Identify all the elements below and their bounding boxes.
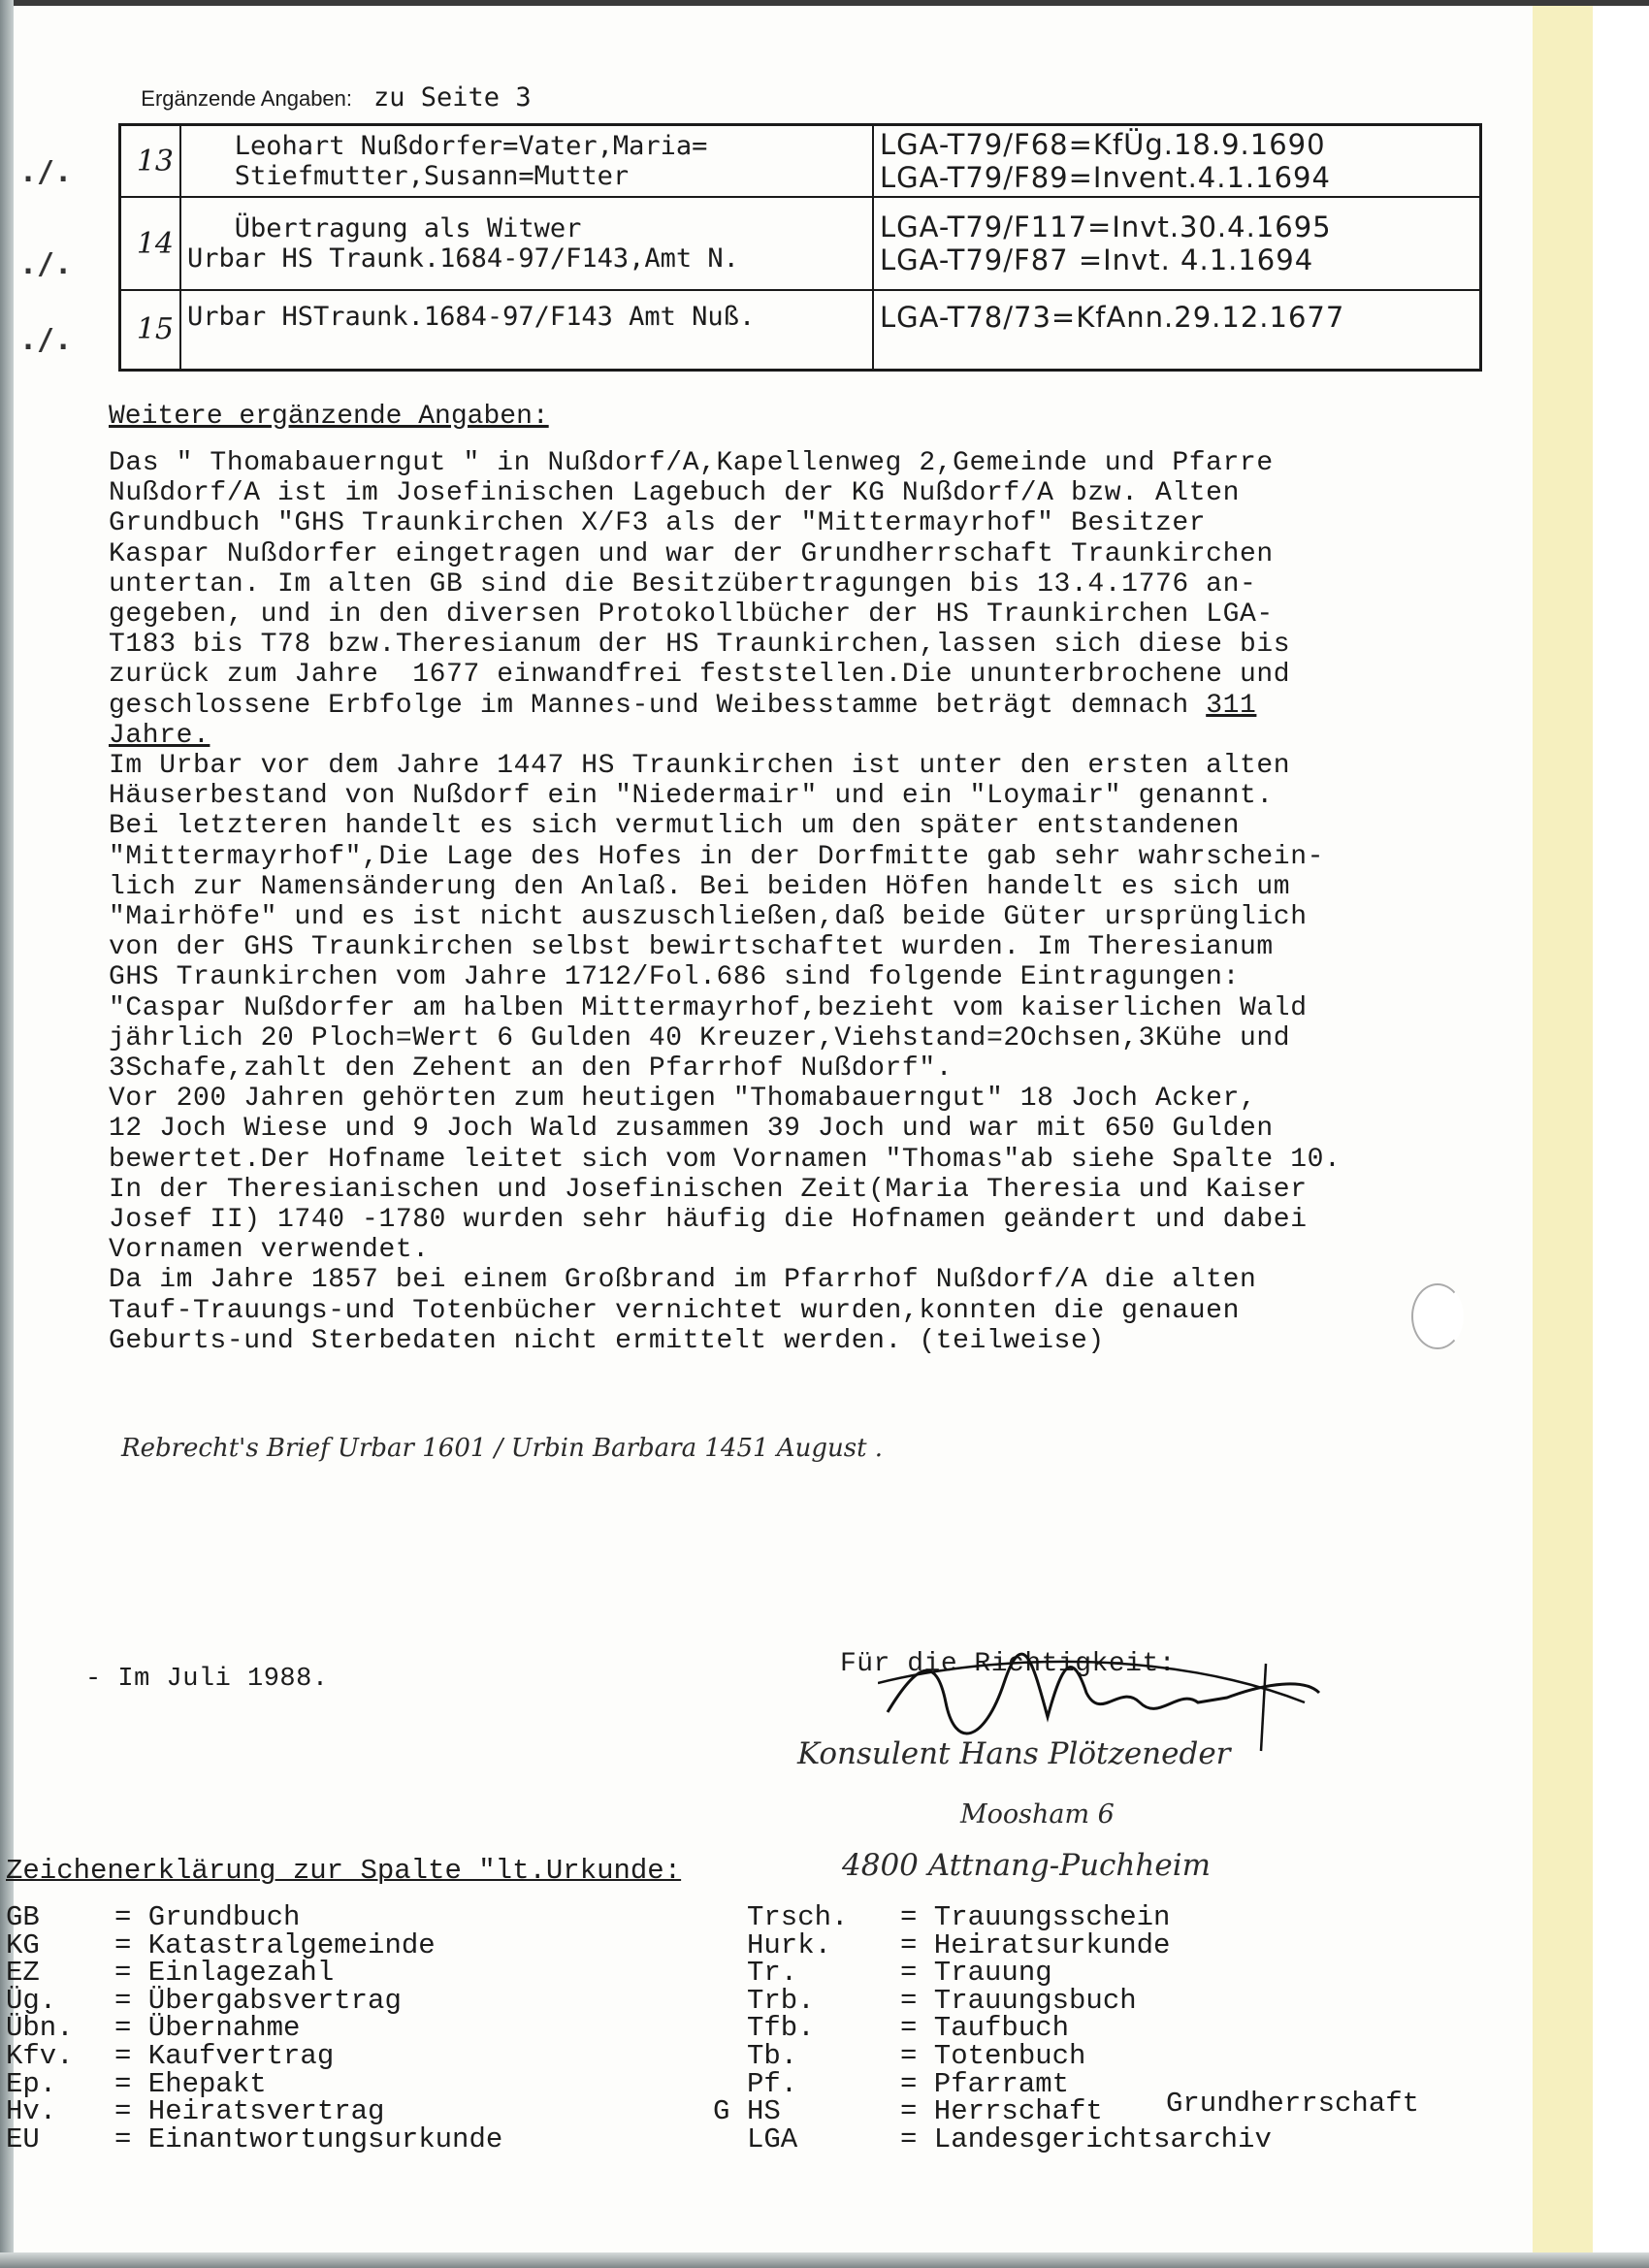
legend-abbr: LGA [747,2123,797,2155]
desc-line: Stiefmutter,Susann=Mutter [187,161,866,191]
body-text-line: Jahre. [109,721,210,751]
page-header: Ergänzende Angaben:zu Seite 3 [122,64,532,113]
body-text-line: "Caspar Nußdorfer am halben Mittermayrho… [109,993,1308,1023]
legend-meaning: = Einantwortungsurkunde [114,2123,502,2155]
entry-reference: LGA-T79/F117=Invt.30.4.1695LGA-T79/F87 =… [873,197,1481,290]
body-text-line: Kaspar Nußdorfer eingetragen und war der… [109,539,1274,569]
entry-description: Leohart Nußdorfer=Vater,Maria= Stiefmutt… [180,125,873,198]
ref-line: LGA-T78/73=KfAnn.29.12.1677 [880,301,1473,334]
table-row: 14 Übertragung als WitwerUrbar HS Traunk… [120,197,1481,290]
row-mark: ./. [19,155,72,189]
body-text-line: jährlich 20 Ploch=Wert 6 Gulden 40 Kreuz… [109,1023,1290,1053]
body-text-line: Josef II) 1740 -1780 wurden sehr häufig … [109,1205,1308,1235]
legend-prefix: G [713,2095,729,2127]
header-label: Ergänzende Angaben: [141,86,352,111]
row-mark: ./. [19,247,72,281]
yellow-paper-strip [1533,6,1593,2252]
body-text-line: GHS Traunkirchen vom Jahre 1712/Fol.686 … [109,962,1240,992]
desc-line: Urbar HS Traunk.1684-97/F143,Amt N. [187,243,866,274]
signatory-street: Moosham 6 [960,1799,1115,1830]
body-text-line: Nußdorf/A ist im Josefinischen Lagebuch … [109,478,1240,508]
table-row: 15 Urbar HSTraunk.1684-97/F143 Amt Nuß. … [120,290,1481,370]
desc-line: Leohart Nußdorfer=Vater,Maria= [187,131,866,161]
scan-right-margin [1593,6,1649,2252]
signatory-city: 4800 Attnang-Puchheim [842,1848,1211,1883]
legend-abbr: EU [6,2123,40,2155]
body-text-line: untertan. Im alten GB sind die Besitzübe… [109,569,1256,599]
body-text-line: lich zur Namensänderung den Anlaß. Bei b… [109,872,1290,902]
desc-line: Übertragung als Witwer [187,213,866,243]
body-text-line: Im Urbar vor dem Jahre 1447 HS Traunkirc… [109,751,1290,781]
legend-title: Zeichenerklärung zur Spalte "lt.Urkunde: [6,1855,681,1887]
handwritten-note: Rebrecht's Brief Urbar 1601 / Urbin Barb… [121,1434,883,1463]
entry-description: Übertragung als WitwerUrbar HS Traunk.16… [180,197,873,290]
entries-table: 13 Leohart Nußdorfer=Vater,Maria= Stiefm… [118,123,1482,372]
body-text-line: bewertet.Der Hofname leitet sich vom Vor… [109,1145,1341,1175]
body-text-line: 12 Joch Wiese und 9 Joch Wald zusammen 3… [109,1114,1274,1144]
body-text-line: "Mairhöfe" und es ist nicht auszuschließ… [109,902,1308,932]
entry-number: 14 [120,197,181,290]
entry-number: 13 [120,125,181,198]
body-text-line: von der GHS Traunkirchen selbst bewirtsc… [109,932,1274,962]
signatory-name: Konsulent Hans Plötzeneder [797,1736,1231,1771]
body-text-line: Bei letzteren handelt es sich vermutlich… [109,811,1240,841]
body-text-line: Grundbuch "GHS Traunkirchen X/F3 als der… [109,508,1206,538]
years-count: 311 [1206,691,1256,721]
scan-bottom-edge [0,2252,1649,2268]
entry-reference: LGA-T79/F68=KfÜg.18.9.1690LGA-T79/F89=In… [873,125,1481,198]
body-text-line: 3Schafe,zahlt den Zehent an den Pfarrhof… [109,1053,953,1084]
body-text-line: Häuserbestand von Nußdorf ein "Niedermai… [109,781,1274,811]
body-text-line: zurück zum Jahre 1677 einwandfrei festst… [109,660,1290,690]
body-text-line: T183 bis T78 bzw.Theresianum der HS Trau… [109,630,1290,660]
body-text-line: "Mittermayrhof",Die Lage des Hofes in de… [109,842,1324,872]
entry-reference: LGA-T78/73=KfAnn.29.12.1677 [873,290,1481,370]
row-mark: ./. [19,323,72,357]
header-page-ref: zu Seite 3 [373,82,532,113]
punch-hole [1411,1283,1464,1349]
body-text-line: Vornamen verwendet. [109,1235,430,1265]
years-label: Jahre. [109,721,210,751]
desc-line: Urbar HSTraunk.1684-97/F143 Amt Nuß. [187,302,866,332]
date-line: - Im Juli 1988. [85,1665,329,1694]
body-text-line: In der Theresianischen und Josefinischen… [109,1175,1308,1205]
body-text-line: geschlossene Erbfolge im Mannes-und Weib… [109,691,1256,721]
entry-number: 15 [120,290,181,370]
ref-line: LGA-T79/F89=Invent.4.1.1694 [880,161,1473,194]
table-row: 13 Leohart Nußdorfer=Vater,Maria= Stiefm… [120,125,1481,198]
entry-description: Urbar HSTraunk.1684-97/F143 Amt Nuß. [180,290,873,370]
scan-top-edge [0,0,1649,6]
body-text-line: gegeben, und in den diversen Protokollbü… [109,599,1274,630]
ref-line: LGA-T79/F87 =Invt. 4.1.1694 [880,243,1473,276]
body-text-line: Tauf-Trauungs-und Totenbücher vernichtet… [109,1296,1240,1326]
legend-meaning: = Landesgerichtsarchiv [900,2123,1272,2155]
ref-line: LGA-T79/F68=KfÜg.18.9.1690 [880,128,1473,161]
ref-line: LGA-T79/F117=Invt.30.4.1695 [880,211,1473,243]
body-text-line: Vor 200 Jahren gehörten zum heutigen "Th… [109,1084,1256,1114]
further-info-title: Weitere ergänzende Angaben: [109,402,549,432]
body-text-line: Geburts-und Sterbedaten nicht ermittelt … [109,1326,1105,1356]
legend-addition: Grundherrschaft [1166,2088,1419,2120]
body-text-line: Das " Thomabauerngut " in Nußdorf/A,Kape… [109,448,1274,478]
body-text-line: Da im Jahre 1857 bei einem Großbrand im … [109,1265,1256,1295]
